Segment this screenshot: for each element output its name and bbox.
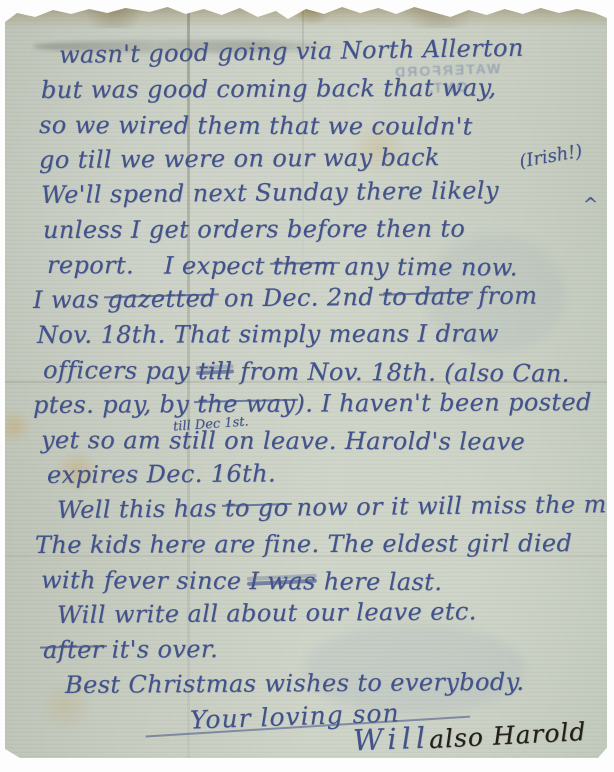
- handwritten-text: now or it will miss the mail,: [288, 490, 614, 522]
- handwritten-text: any time now.: [336, 253, 517, 282]
- handwritten-text: here last.: [316, 567, 443, 596]
- letter-line: ptes. pay, by the way). I haven't been p…: [33, 385, 602, 423]
- torn-top-edge: [5, 4, 607, 28]
- handwritten-text: from Nov. 18th. (also Can.: [232, 357, 570, 387]
- handwritten-text: so we wired them that we couldn't: [39, 111, 473, 141]
- handwritten-text: it's over.: [103, 635, 218, 664]
- letter-line: Will write all about our leave etc.: [57, 593, 602, 633]
- handwritten-text: expires Dec. 16th.: [47, 459, 276, 489]
- insertion-caret-mark: ^: [583, 194, 598, 215]
- handwritten-text: ). I haven't been posted: [295, 388, 592, 418]
- handwritten-text: report.: [47, 251, 134, 279]
- handwritten-text: on Dec. 2nd: [216, 283, 382, 312]
- handwritten-text: from: [470, 282, 537, 311]
- letter-line: unless I get orders before then to: [43, 211, 602, 248]
- handwritten-text: after: [43, 636, 104, 664]
- handwritten-text: but was good coming back that way,: [41, 74, 496, 104]
- handwritten-text: Will write all about our leave etc.: [57, 597, 477, 629]
- letter-line: but was good coming back that way,: [41, 70, 602, 108]
- letter-line: after it's over.: [43, 630, 602, 668]
- handwritten-text: unless I get orders before then to: [43, 215, 465, 244]
- handwritten-text: wasn't good going via North Allerton: [59, 34, 524, 69]
- handwritten-text: gazetted: [107, 284, 216, 313]
- handwritten-text: We'll spend next Sunday there likely: [41, 176, 499, 209]
- letter-paper: WATERFORD ONT. wasn't good going via Nor…: [5, 4, 607, 758]
- letter-line: wasn't good going via North Allerton: [59, 29, 602, 73]
- handwritten-text: I expect: [164, 252, 273, 281]
- handwritten-text: Well this has: [57, 494, 225, 524]
- crossed-out-text: till: [198, 357, 232, 385]
- handwritten-text: The kids here are fine. The eldest girl …: [35, 529, 572, 559]
- handwritten-text: to date: [382, 282, 470, 311]
- signature-name: Will: [352, 721, 430, 758]
- letter-line: Well this has to go now or it will miss …: [57, 487, 602, 528]
- handwritten-text: ptes. pay, by: [33, 390, 197, 419]
- letter-body: wasn't good going via North Allertonbut …: [27, 38, 602, 703]
- handwritten-text: to go: [225, 494, 289, 523]
- handwritten-text: I was: [33, 285, 108, 314]
- signature-added-name: also Harold: [428, 717, 587, 754]
- letter-scan: WATERFORD ONT. wasn't good going via Nor…: [0, 0, 614, 772]
- letter-line: The kids here are fine. The eldest girl …: [35, 526, 602, 563]
- letter-line: Nov. 18th. That simply means I draw: [37, 316, 602, 353]
- letter-line: Best Christmas wishes to everybody.: [65, 664, 602, 703]
- crossed-out-text: I was: [249, 567, 315, 595]
- handwritten-text: Best Christmas wishes to everybody.: [65, 668, 525, 699]
- letter-line: I was gazetted on Dec. 2nd to date from: [33, 278, 602, 318]
- handwritten-text: yet so am still on leave. Harold's leave: [41, 426, 525, 456]
- handwritten-text: with fever since: [41, 566, 250, 595]
- letter-line: We'll spend next Sunday there likely: [41, 172, 602, 213]
- handwritten-text: go till we were on our way back: [39, 143, 440, 174]
- handwritten-text: Nov. 18th. That simply means I draw: [37, 319, 499, 349]
- handwritten-text: them: [273, 252, 337, 280]
- handwritten-text: officers pay: [43, 356, 198, 385]
